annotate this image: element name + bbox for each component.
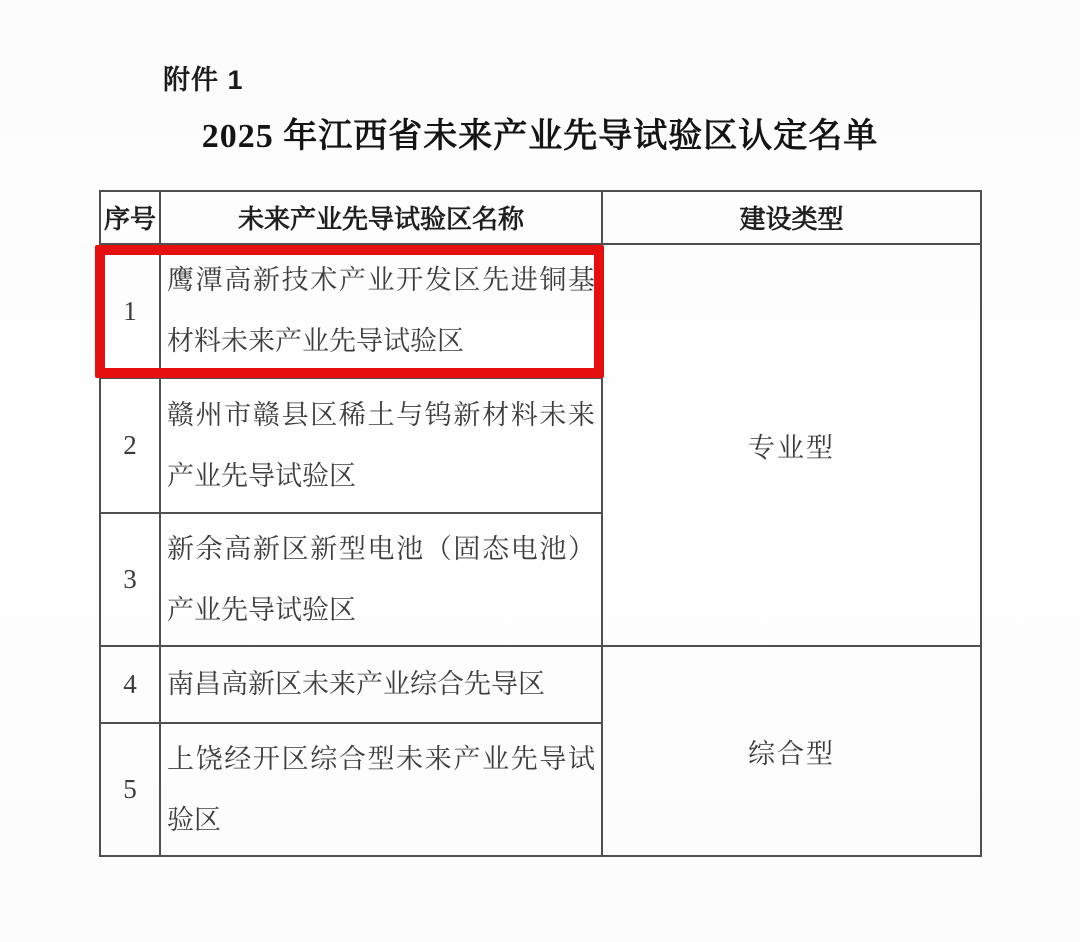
- document-title: 2025 年江西省未来产业先导试验区认定名单: [0, 108, 1080, 157]
- table-row-4: 4 南昌高新区未来产业综合先导区 综合型: [100, 646, 981, 723]
- row-1-zone-name: 鹰潭高新技术产业开发区先进铜基材料未来产业先导试验区: [160, 244, 602, 378]
- table-row-1: 1 鹰潭高新技术产业开发区先进铜基材料未来产业先导试验区 专业型: [100, 244, 981, 378]
- row-2-zone-name: 赣州市赣县区稀土与钨新材料未来产业先导试验区: [160, 378, 602, 513]
- document-page: 附件 1 2025 年江西省未来产业先导试验区认定名单 序号 未来产业先导试验区…: [0, 0, 1080, 942]
- col-header-build-type: 建设类型: [602, 191, 981, 244]
- row-2-number: 2: [100, 378, 160, 513]
- attachment-label: 附件 1: [163, 58, 244, 97]
- row-1-number: 1: [100, 244, 160, 378]
- col-header-zone-name: 未来产业先导试验区名称: [160, 191, 602, 244]
- table-header-row: 序号 未来产业先导试验区名称 建设类型: [100, 191, 981, 244]
- pilot-zone-table: 序号 未来产业先导试验区名称 建设类型 1 鹰潭高新技术产业开发区先进铜基材料未…: [99, 190, 982, 857]
- row-3-zone-name: 新余高新区新型电池（固态电池）产业先导试验区: [160, 513, 602, 646]
- type-cell-comprehensive: 综合型: [602, 646, 981, 856]
- type-cell-specialized: 专业型: [602, 244, 981, 646]
- row-5-number: 5: [100, 723, 160, 856]
- row-4-zone-name: 南昌高新区未来产业综合先导区: [160, 646, 602, 723]
- col-header-no: 序号: [100, 191, 160, 244]
- row-3-number: 3: [100, 513, 160, 646]
- row-5-zone-name: 上饶经开区综合型未来产业先导试验区: [160, 723, 602, 856]
- row-4-number: 4: [100, 646, 160, 723]
